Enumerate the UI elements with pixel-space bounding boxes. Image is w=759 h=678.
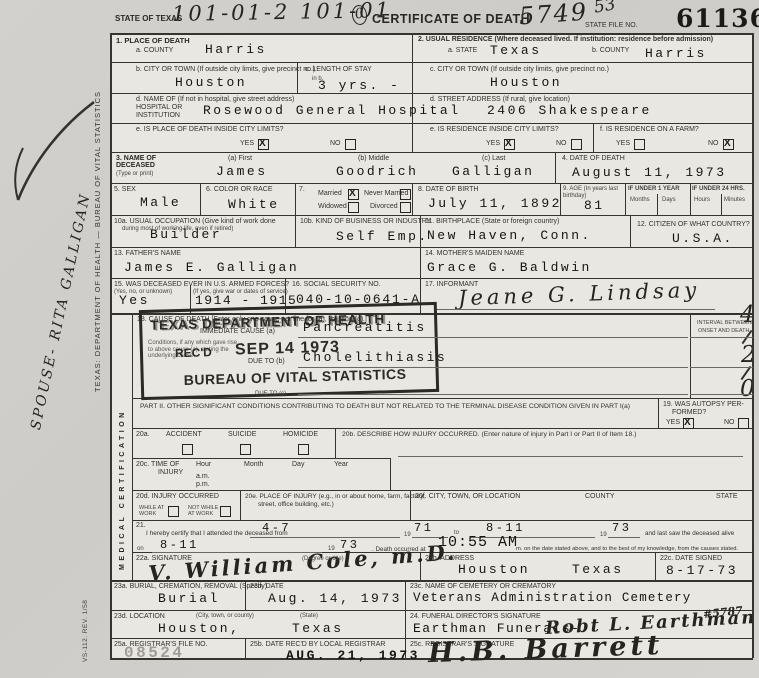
citizen-value: U.S.A. [672,231,734,246]
hospital-label2: HOSPITAL OR [136,104,182,112]
cert-text3: m. on the date stated above, and to the … [516,546,738,554]
ssn-label: 16. SOCIAL SECURITY NO. [292,281,381,289]
burial-date-label: 23b. DATE [250,583,284,591]
birthplace-value: New Haven, Conn. [427,228,592,243]
date-of-birth-value: July 11, 1892 [428,196,562,211]
checkbox-residence-inside-city-no [571,139,582,150]
checkbox-residence-farm-yes [634,139,645,150]
injury-20f-label: 20f. CITY, TOWN, OR LOCATION [415,493,520,501]
residence-farm-label: f. IS RESIDENCE ON A FARM? [600,126,699,134]
checkbox-death-inside-city-no [345,139,356,150]
checkbox-accident [182,444,193,455]
race-label: 6. COLOR OR RACE [206,186,273,194]
date-signed-label: 22c. DATE SIGNED [660,555,722,563]
injury-20a-label: 20a. [136,431,150,439]
mother-name-label: 14. MOTHER'S MAIDEN NAME [425,250,524,258]
location-label: 23d. LOCATION [114,613,165,621]
cemetery-label: 23c. NAME OF CEMETERY OR CREMATORY [410,583,556,591]
birthplace-label: 11. BIRTHPLACE (State or foreign country… [425,218,559,226]
funeral-director-label: 24. FUNERAL DIRECTOR'S SIGNATURE [410,613,541,621]
state-file-no-label: STATE FILE NO. [585,22,638,30]
cemetery-value: Veterans Administration Cemetery [413,591,691,605]
due-to-c-label: DUE TO (c) [255,391,286,398]
city-value: Houston [175,75,247,90]
cert-19-prefix: 19 [404,532,411,539]
checkbox-autopsy-no [738,418,749,429]
city-label: b. CITY OR TOWN (If outside city limits,… [136,66,315,74]
autopsy-label2: FORMED? [672,409,706,417]
address-state-value: Texas [572,562,624,577]
marital-label: 7. [299,186,305,194]
handwritten-cert-number2: 53 [592,0,617,18]
pm-label: p.m. [196,481,210,489]
business-label: 10b. KIND OF BUSINESS OR INDUSTRY [300,218,431,226]
cert-on-value: 8-11 [160,538,199,552]
race-value: White [228,197,280,212]
days-label: Days [662,197,676,204]
yes-label: YES [486,140,500,148]
type-or-print-label: (Type or print) [116,171,153,178]
yes-label: YES [240,140,254,148]
cert-to-value: 8-11 [486,521,525,535]
first-name-value: James [216,164,268,179]
state-column-label: STATE [716,493,738,501]
table-border-top [110,33,753,35]
interval-label2: ONSET AND DEATH [698,328,749,335]
burial-value: Burial [158,591,220,606]
sex-value: Male [140,195,181,210]
part-ii-label: PART II. OTHER SIGNIFICANT CONDITIONS CO… [140,403,630,411]
due-to-b-label: DUE TO (b) [248,358,285,366]
location-city-sub: (City, town, or county) [196,613,254,620]
left-margin-form-number: VS-112. REV. 1/58 [83,600,90,662]
injury-20c-label1: 20c. TIME OF [136,461,179,469]
location-state-value: Texas [292,621,344,636]
first-name-label: (a) First [228,155,252,163]
death-certificate-scan: STATE OF TEXAS 101-01-2 101-01 0 CERTIFI… [0,0,759,678]
middle-name-label: (b) Middle [358,155,389,163]
left-margin-medical-certification: MEDICAL CERTIFICATION [119,409,126,570]
address-city-value: Houston [458,562,530,577]
table-border-right [752,33,754,658]
injury-20b-label: 20b. DESCRIBE HOW INJURY OCCURRED. (Ente… [342,431,636,439]
injury-20d-label: 20d. INJURY OCCURRED [136,493,219,501]
registrar-date-value: AUG. 21, 1973 [286,648,420,663]
left-margin-department-text: TEXAS: DEPARTMENT OF HEALTH — BUREAU OF … [94,91,102,392]
armed-forces-value: Yes [119,293,150,308]
injury-20e-label1: 20e. PLACE OF INJURY (e.g., in or about … [245,493,425,501]
cert-year2-value: 73 [612,521,631,535]
yes-label: YES [666,419,680,427]
father-name-value: James E. Galligan [124,260,299,275]
autopsy-label1: 19. WAS AUTOPSY PER- [663,401,744,409]
divorced-label: Divorced [370,203,398,211]
if-under-24-hrs-label: IF UNDER 24 HRS. [692,186,745,193]
checkbox-divorced [400,202,411,213]
suicide-label: SUICIDE [228,431,256,439]
residence-state-label: a. STATE [448,47,477,55]
due-to-b-value: Cholelithiasis [303,350,447,365]
checkbox-married: X [348,189,359,200]
armed-forces-label: 15. WAS DECEASED EVER IN U.S. ARMED FORC… [114,281,289,289]
no-label: NO [724,419,735,427]
checkbox-homicide [298,444,309,455]
am-label: a.m. [196,473,210,481]
day-label: Day [292,461,304,469]
widowed-label: Widowed [318,203,347,211]
yes-label: YES [616,140,630,148]
burial-date-value: Aug. 14, 1973 [268,591,402,606]
citizen-label: 12. CITIZEN OF WHAT COUNTRY? [637,221,750,229]
name-of-deceased-label: 3. NAME OF DECEASED [116,155,168,169]
no-label: NO [556,140,567,148]
date-signed-value: 8-17-73 [666,563,738,578]
checkbox-residence-inside-city-yes: X [504,139,515,150]
hospital-label3: INSTITUTION [136,112,180,120]
stamp-recd: REC'D [175,345,212,360]
death-inside-city-label: e. IS PLACE OF DEATH INSIDE CITY LIMITS? [136,126,284,134]
cert-from-value: 4-7 [262,521,291,535]
no-label: NO [708,140,719,148]
not-while-at-work-label2: AT WORK [188,511,213,518]
checkbox-while-at-work [168,506,179,517]
county-column-label: COUNTY [585,493,615,501]
usual-residence-title: 2. USUAL RESIDENCE (Where deceased lived… [418,36,713,43]
checkbox-widowed [348,202,359,213]
interval-label1: INTERVAL BETWEEN [697,320,752,327]
degree-or-title-label: (Degree or title) [302,556,344,563]
cert-on-word: on [137,546,144,553]
minutes-label: Minutes [724,197,745,204]
handwritten-cert-number: 5749 [518,0,589,30]
while-at-work-label2: WORK [139,511,156,518]
occupation-label: 10a. USUAL OCCUPATION (Give kind of work… [114,218,276,226]
burial-label: 23a. BURIAL, CREMATION, REMOVAL (Specify… [114,583,267,591]
place-of-death-title: 1. PLACE OF DEATH [116,36,190,45]
checkbox-death-inside-city-yes: X [258,139,269,150]
date-of-death-value: August 11, 1973 [572,165,727,180]
last-name-label: (c) Last [482,155,505,163]
length-of-stay-label: c. LENGTH OF STAY [305,66,372,74]
checkbox-residence-farm-no: X [723,139,734,150]
occupation-value: Builder [150,227,222,242]
residence-inside-city-label: e. IS RESIDENCE INSIDE CITY LIMITS? [430,126,559,134]
year-label: Year [334,461,348,469]
cert-year1-value: 71 [414,521,433,535]
hours-label: Hours [694,197,710,204]
state-file-no-value: 61136 [676,4,759,33]
residence-state-value: Texas [490,43,542,58]
residence-city-label: c. CITY OR TOWN (If outside city limits,… [430,66,609,74]
immediate-cause-value: Pancreatitis [303,320,427,335]
sex-label: 5. SEX [114,186,136,194]
checkbox-autopsy-yes: X [683,418,694,429]
business-value: Self Emp. [336,229,429,244]
location-city-value: Houston, [158,621,240,636]
location-state-sub: (State) [300,613,318,620]
certificate-title: CERTIFICATE OF DEATH [372,12,530,26]
table-border-left [110,33,112,658]
accident-label: ACCIDENT [166,431,202,439]
last-name-value: Galligan [452,164,534,179]
date-of-birth-label: 8. DATE OF BIRTH [418,186,478,194]
cert-19-prefix2: 19 [600,532,607,539]
mother-name-value: Grace G. Baldwin [427,260,592,275]
homicide-label: HOMICIDE [283,431,318,439]
hospital-value: Rosewood General Hospital [203,103,461,118]
injury-20c-label2: INJURY [158,469,183,477]
checkbox-suicide [240,444,251,455]
father-name-label: 13. FATHER'S NAME [114,250,181,258]
hour-label: Hour [196,461,211,469]
stamp-line3: BUREAU OF VITAL STATISTICS [184,366,407,388]
residence-city-value: Houston [490,75,562,90]
no-label: NO [330,140,341,148]
county-label: a. COUNTY [136,47,173,55]
cert-text2: and last saw the deceased alive [645,530,734,538]
if-under-1-year-label: IF UNDER 1 YEAR [628,186,680,193]
age-value: 81 [584,198,605,213]
checkbox-never-married [400,189,411,200]
cert-21-label: 21. [136,522,146,530]
injury-20e-label2: street, office building, etc.) [258,501,334,509]
length-of-stay-value: 3 yrs. - [318,78,400,93]
date-of-death-label: 4. DATE OF DEATH [562,155,625,163]
month-label: Month [244,461,263,469]
street-address-value: 2406 Shakespeare [487,103,652,118]
months-label: Months [630,197,650,204]
checkbox-not-while-at-work [220,506,231,517]
residence-county-value: Harris [645,46,707,61]
immediate-cause-label: IMMEDIATE CAUSE (a) [200,328,275,336]
residence-county-label: b. COUNTY [592,47,629,55]
married-label: Married [318,190,342,198]
left-margin-spouse-note: SPOUSE- RITA GALLIGAN [28,191,94,431]
middle-name-value: Goodrich [336,164,418,179]
county-value: Harris [205,42,267,57]
registrar-file-value: 08524 [124,644,185,662]
